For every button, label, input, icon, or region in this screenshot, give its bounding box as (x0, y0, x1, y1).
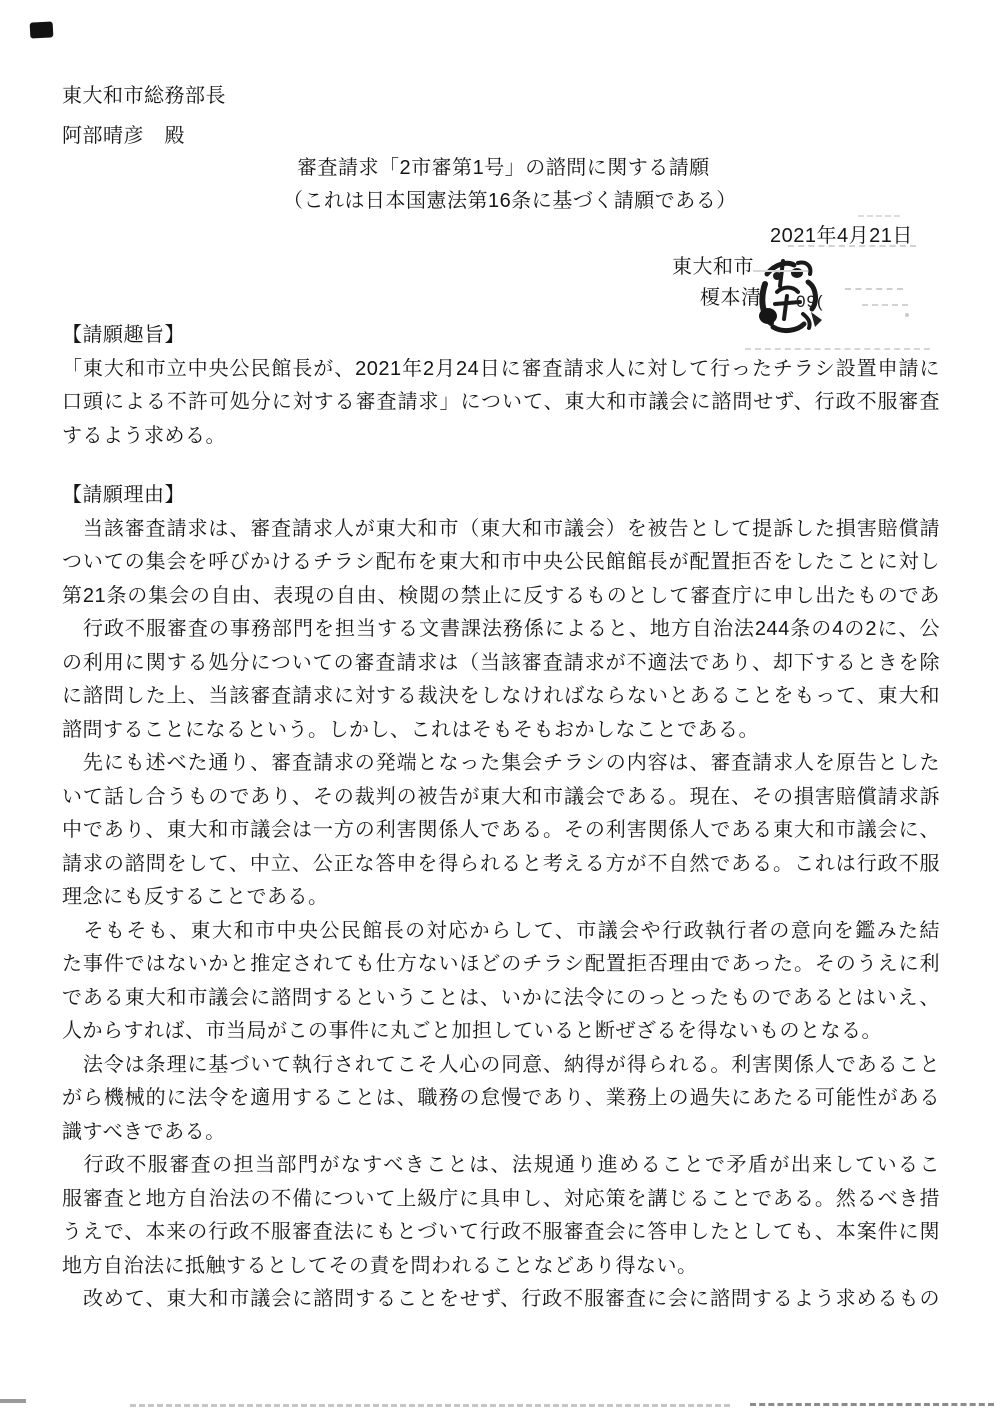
scan-trace (858, 215, 900, 217)
body-line: 先にも述べた通り、審査請求の発端となった集会チラシの内容は、審査請求人を原告とし… (62, 747, 940, 781)
redacted-contact-trace (862, 304, 908, 306)
scan-bottom-line-artifact (130, 1404, 730, 1407)
body-line: 行政不服審査の事務部門を担当する文書課法務係によると、地方自治法244条の4の2… (62, 613, 940, 647)
body-sections: 【請願趣旨】「東大和市立中央公民館長が、2021年2月24日に審査請求人に対して… (62, 319, 940, 1317)
redacted-contact-trace (845, 288, 903, 290)
document-subtitle: （これは日本国憲法第16条に基づく請願である） (283, 191, 737, 211)
recipient-title: 東大和市総務部長 (62, 86, 226, 106)
body-line: 人からすれば、市当局がこの事件に丸ごと加担していると断ぜざるを得ないものとなる。 (62, 1015, 940, 1049)
section-heading: 【請願趣旨】 (62, 319, 940, 353)
scan-edge-artifact (0, 1399, 26, 1403)
body-line: 「東大和市立中央公民館長が、2021年2月24日に審査請求人に対して行ったチラシ… (62, 353, 940, 387)
recipient-name: 阿部晴彦 殿 (62, 126, 185, 146)
body-line: 地方自治法に抵触するとしてその責を問われることなどあり得ない。 (62, 1250, 940, 1284)
section-heading: 【請願理由】 (62, 479, 940, 513)
body-line: 理念にも反することである。 (62, 881, 940, 915)
body-line: である東大和市議会に諮問するということは、いかに法令にのっとったものであるとはい… (62, 982, 940, 1016)
body-line: 口頭による不許可処分に対する審査請求」について、東大和市議会に諮問せず、行政不服… (62, 386, 940, 420)
scan-artifact-corner-mark (30, 21, 54, 38)
body-line: するよう求める。 (62, 420, 940, 454)
body-line: がら機械的に法令を適用することは、職務の怠慢であり、業務上の過失にあたる可能性が… (62, 1082, 940, 1116)
sender-city: 東大和市 (672, 257, 754, 277)
body-line: 請求の諮問をして、中立、公正な答申を得られると考える方が不自然である。これは行政… (62, 848, 940, 882)
body-line: そもそも、東大和市中央公民館長の対応からして、市議会や行政執行者の意向を鑑みた結… (62, 915, 940, 949)
body-line: 第21条の集会の自由、表現の自由、検閲の禁止に反するものとして審査庁に申し出たも… (62, 580, 940, 614)
redacted-address-trace (753, 270, 808, 272)
document-title: 審査請求「2市審第1号」の諮問に関する請願 (297, 158, 710, 178)
body-line: ついての集会を呼びかけるチラシ配布を東大和市中央公民館館長が配置拒否をしたことに… (62, 546, 940, 580)
petition-section: 【請願理由】 当該審査請求は、審査請求人が東大和市（東大和市議会）を被告として提… (62, 479, 940, 1317)
body-line: 中であり、東大和市議会は一方の利害関係人である。その利害関係人である東大和市議会… (62, 814, 940, 848)
body-line: の利用に関する処分についての審査請求は（当該審査請求が不適法であり、却下するとき… (62, 647, 940, 681)
body-line: うえで、本来の行政不服審査法にもとづいて行政不服審査会に答申したとしても、本案件… (62, 1216, 940, 1250)
body-line: 識すべきである。 (62, 1116, 940, 1150)
document-date: 2021年4月21日 (770, 226, 913, 246)
scan-bottom-line-artifact (750, 1403, 994, 1406)
body-line: 諮問することになるという。しかし、これはそもそもおかしなことである。 (62, 714, 940, 748)
body-line: 法令は条理に基づいて執行されてこそ人心の同意、納得が得られる。利害関係人であるこ… (62, 1049, 940, 1083)
body-line: に諮問した上、当該審査請求に対する裁決をしなければならないとあることをもって、東… (62, 680, 940, 714)
scanned-petition-document: 東大和市総務部長 阿部晴彦 殿 審査請求「2市審第1号」の諮問に関する請願 （こ… (0, 0, 1000, 1412)
body-line: いて話し合うものであり、その裁判の被告が東大和市議会である。現在、その損害賠償請… (62, 781, 940, 815)
redacted-address-trace (788, 245, 916, 247)
body-line: た事件ではないかと推定されても仕方ないほどのチラシ配置拒否理由であった。そのうえ… (62, 948, 940, 982)
body-line: 行政不服審査の担当部門がなすべきことは、法規通り進めることで矛盾が出来しているこ… (62, 1149, 940, 1183)
scan-speck (905, 313, 909, 317)
body-line: 服審査と地方自治法の不備について上級庁に具申し、対応策を講じることである。然るべ… (62, 1183, 940, 1217)
petition-section: 【請願趣旨】「東大和市立中央公民館長が、2021年2月24日に審査請求人に対して… (62, 319, 940, 453)
body-line: 改めて、東大和市議会に諮問することをせず、行政不服審査に会に諮問するよう求めるも… (62, 1283, 940, 1317)
body-line: 当該審査請求は、審査請求人が東大和市（東大和市議会）を被告として提訴した損害賠償… (62, 513, 940, 547)
